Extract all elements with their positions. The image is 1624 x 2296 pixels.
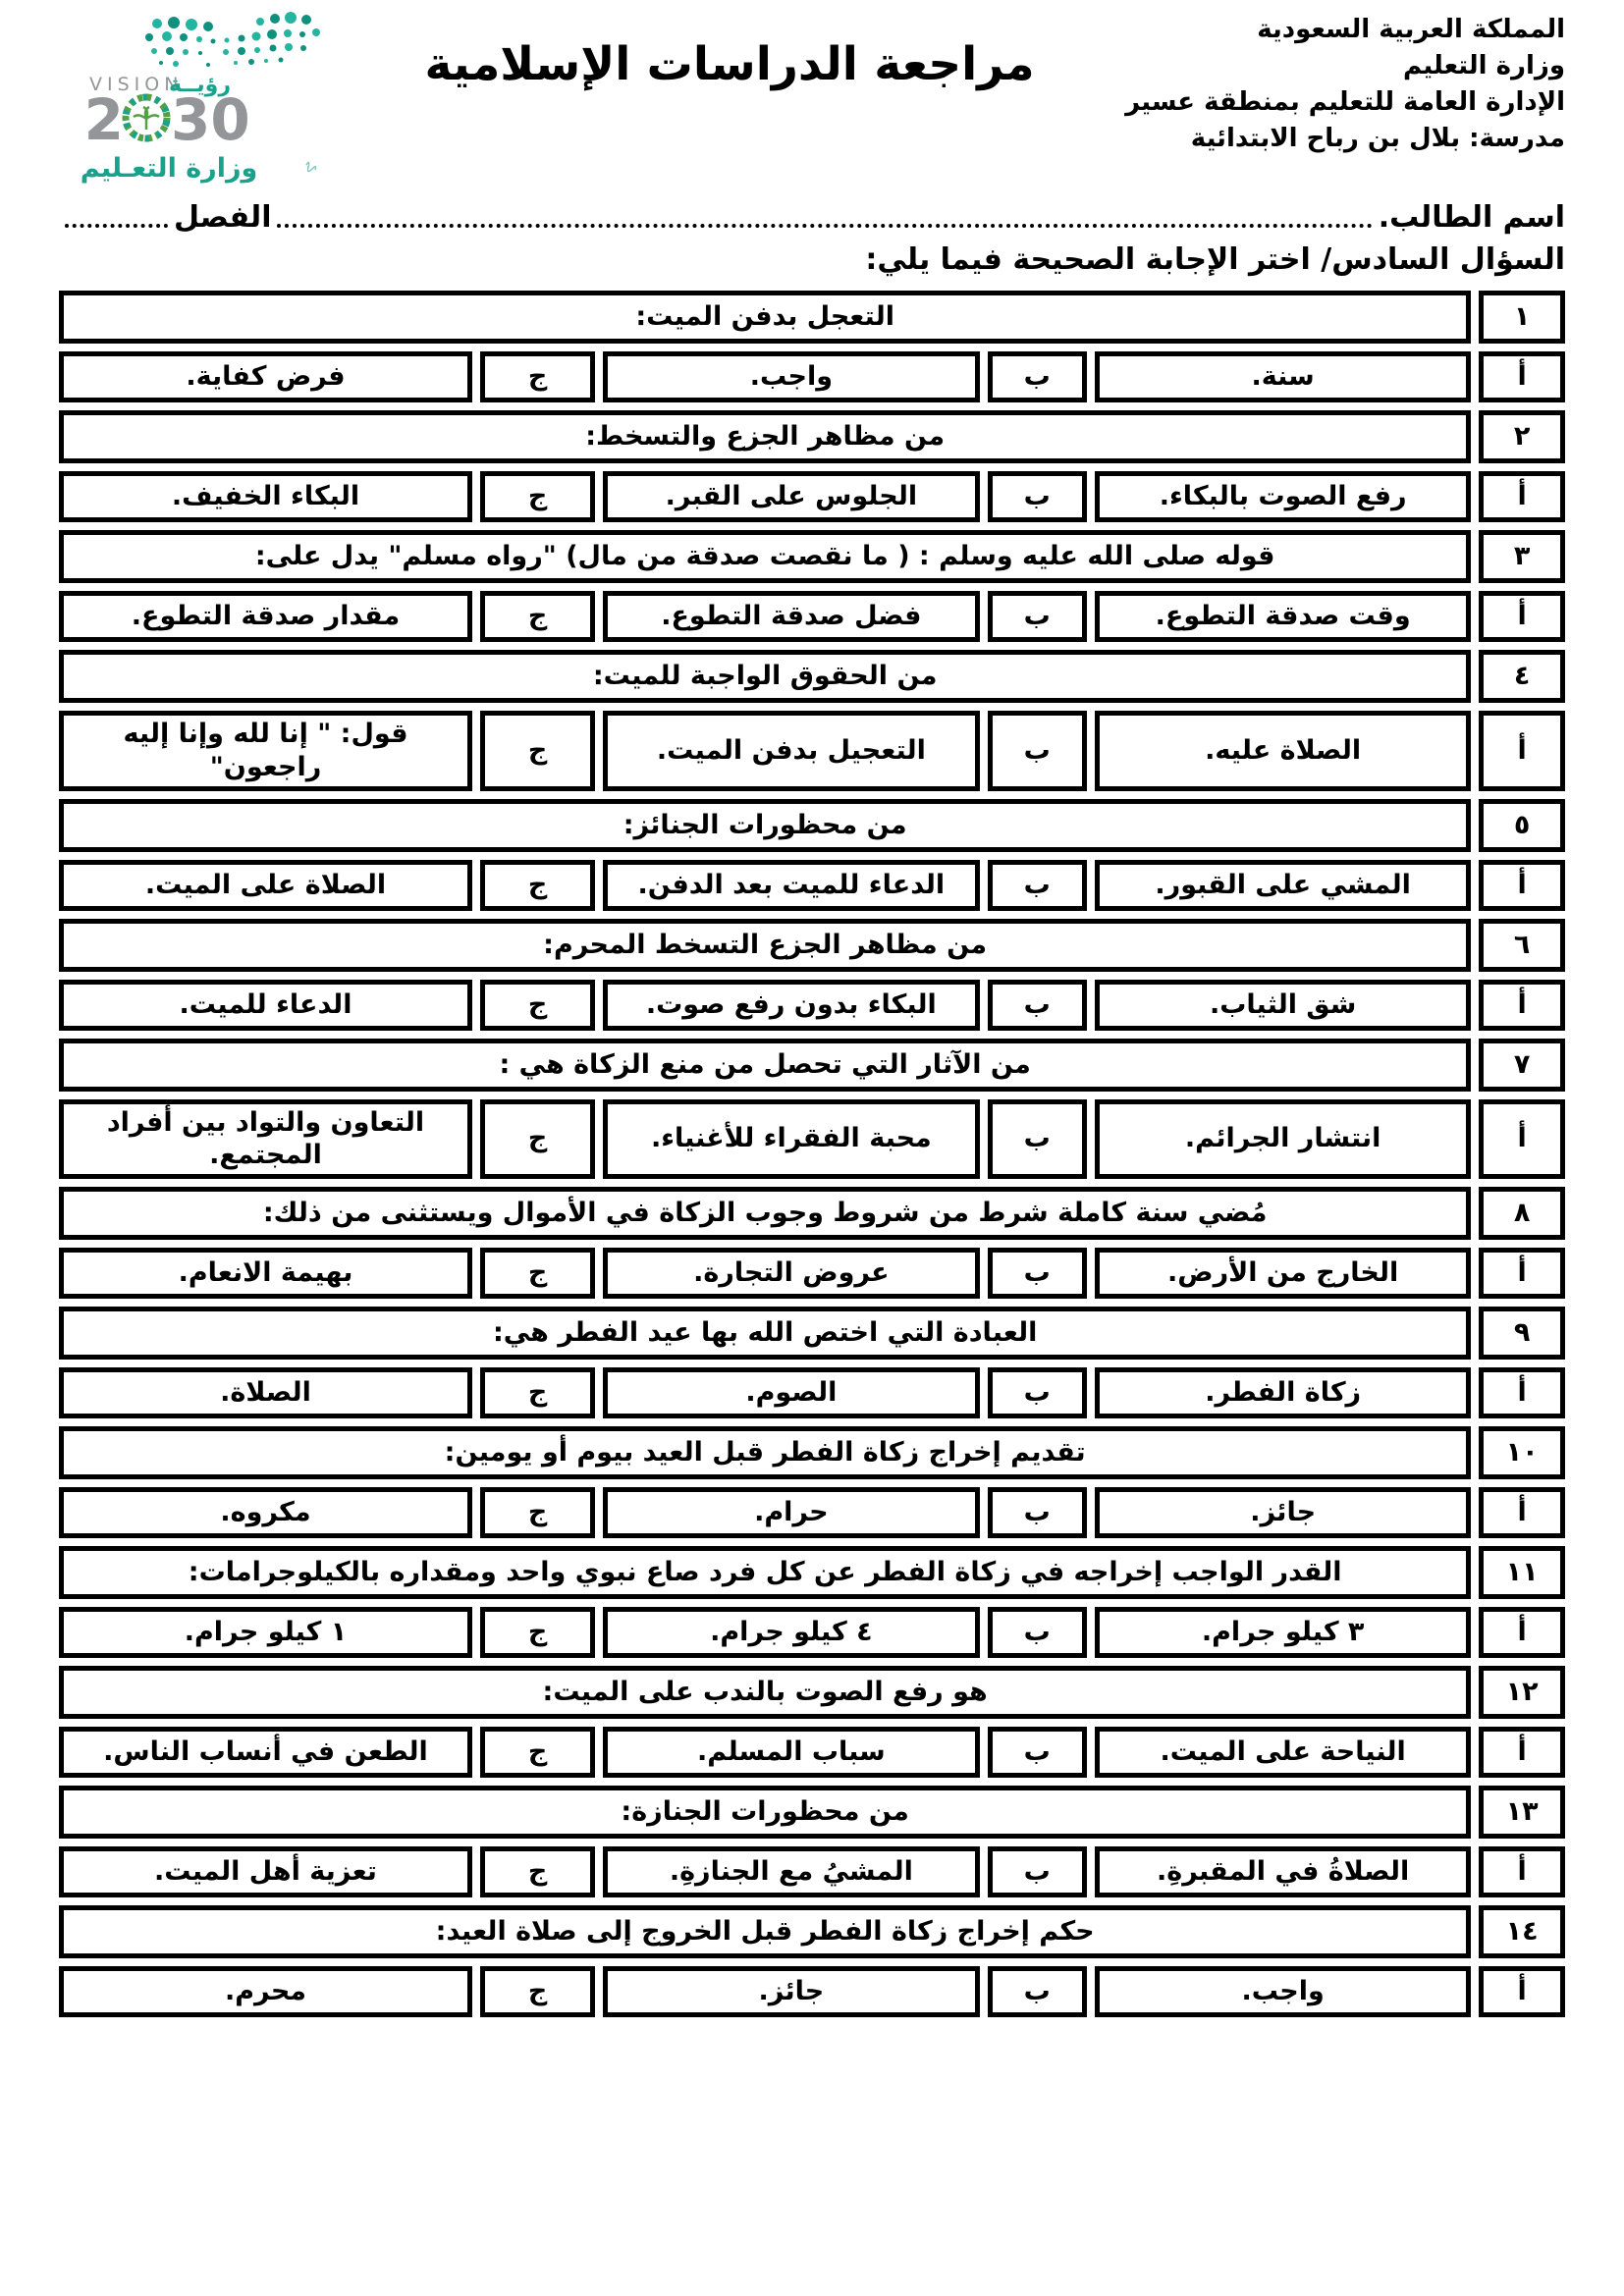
- option-letter-b: ب: [988, 1487, 1087, 1538]
- option-letter-a: أ: [1479, 1099, 1565, 1180]
- logo-year-left-digit: 2: [84, 86, 124, 153]
- option-letter-c: ج: [480, 1099, 595, 1180]
- option-c-text: التعاون والتواد بين أفراد المجتمع.: [59, 1099, 472, 1180]
- option-c-text: البكاء الخفيف.: [59, 471, 472, 522]
- question-text: من محظورات الجنازة:: [59, 1786, 1471, 1839]
- question-number: ٤: [1479, 650, 1565, 703]
- question-text: من مظاهر الجزع التسخط المحرم:: [59, 919, 1471, 972]
- question-number: ٣: [1479, 530, 1565, 583]
- class-field: [65, 222, 168, 228]
- option-letter-c: ج: [480, 1727, 595, 1778]
- question-text: تقديم إخراج زكاة الفطر قبل العيد بيوم أو…: [59, 1426, 1471, 1479]
- option-letter-a: أ: [1479, 980, 1565, 1031]
- question-text: من مظاهر الجزع والتسخط:: [59, 410, 1471, 463]
- option-letter-c: ج: [480, 860, 595, 911]
- option-letter-b: ب: [988, 1727, 1087, 1778]
- option-letter-b: ب: [988, 1367, 1087, 1418]
- option-letter-a: أ: [1479, 1487, 1565, 1538]
- option-c-text: قول: " إنا لله وإنا إليه راجعون": [59, 711, 472, 791]
- option-letter-b: ب: [988, 351, 1087, 402]
- question-text: حكم إخراج زكاة الفطر قبل الخروج إلى صلاة…: [59, 1905, 1471, 1958]
- question-text: القدر الواجب إخراجه في زكاة الفطر عن كل …: [59, 1546, 1471, 1599]
- question-text: من محظورات الجنائز:: [59, 799, 1471, 852]
- option-c-text: تعزية أهل الميت.: [59, 1846, 472, 1897]
- option-c-text: محرم.: [59, 1966, 472, 2017]
- questions-table-wrap: ١ التعجل بدفن الميت: أ سنة. ب واجب. ج فر…: [51, 283, 1573, 2025]
- org-line-ministry: وزارة التعليم: [1125, 48, 1565, 84]
- option-letter-c: ج: [480, 591, 595, 642]
- answer-row-6: أ شق الثياب. ب البكاء بدون رفع صوت. ج ال…: [59, 980, 1565, 1031]
- palm-tree-icon: [134, 107, 159, 130]
- question-row-2: ٢ من مظاهر الجزع والتسخط:: [59, 410, 1565, 463]
- option-letter-c: ج: [480, 351, 595, 402]
- option-b-text: جائز.: [603, 1966, 979, 2017]
- org-line-school: مدرسة: بلال بن رباح الابتدائية: [1125, 121, 1565, 157]
- option-b-text: فضل صدقة التطوع.: [603, 591, 979, 642]
- student-name-label: اسم الطالب.: [1379, 200, 1565, 235]
- logo-ornament-zero: [122, 93, 171, 142]
- student-info-line: اسم الطالب. الفصل: [59, 200, 1565, 235]
- question-number: ١: [1479, 291, 1565, 344]
- option-b-text: واجب.: [603, 351, 979, 402]
- option-c-text: بهيمة الانعام.: [59, 1248, 472, 1299]
- option-b-text: ٤ كيلو جرام.: [603, 1607, 979, 1658]
- option-letter-b: ب: [988, 980, 1087, 1031]
- option-letter-a: أ: [1479, 591, 1565, 642]
- answer-row-7: أ انتشار الجرائم. ب محبة الفقراء للأغنيا…: [59, 1099, 1565, 1180]
- option-a-text: الخارج من الأرض.: [1095, 1248, 1471, 1299]
- question-text: من الآثار التي تحصل من منع الزكاة هي :: [59, 1039, 1471, 1092]
- option-a-text: سنة.: [1095, 351, 1471, 402]
- option-c-text: الطعن في أنساب الناس.: [59, 1727, 472, 1778]
- answer-row-8: أ الخارج من الأرض. ب عروض التجارة. ج بهي…: [59, 1248, 1565, 1299]
- answer-row-9: أ زكاة الفطر. ب الصوم. ج الصلاة.: [59, 1367, 1565, 1418]
- option-letter-c: ج: [480, 1248, 595, 1299]
- option-letter-b: ب: [988, 1966, 1087, 2017]
- questions-table: ١ التعجل بدفن الميت: أ سنة. ب واجب. ج فر…: [51, 283, 1573, 2025]
- option-letter-b: ب: [988, 471, 1087, 522]
- option-letter-b: ب: [988, 1248, 1087, 1299]
- option-a-text: ٣ كيلو جرام.: [1095, 1607, 1471, 1658]
- option-letter-b: ب: [988, 591, 1087, 642]
- question-row-4: ٤ من الحقوق الواجبة للميت:: [59, 650, 1565, 703]
- option-b-text: محبة الفقراء للأغنياء.: [603, 1099, 979, 1180]
- option-letter-c: ج: [480, 711, 595, 791]
- question-row-6: ٦ من مظاهر الجزع التسخط المحرم:: [59, 919, 1565, 972]
- option-letter-a: أ: [1479, 1248, 1565, 1299]
- option-letter-a: أ: [1479, 1367, 1565, 1418]
- option-letter-a: أ: [1479, 1607, 1565, 1658]
- option-letter-c: ج: [480, 1846, 595, 1897]
- question-six-instruction: السؤال السادس/ اختر الإجابة الصحيحة فيما…: [59, 242, 1565, 277]
- question-row-13: ١٣ من محظورات الجنازة:: [59, 1786, 1565, 1839]
- option-letter-b: ب: [988, 711, 1087, 791]
- question-number: ١٠: [1479, 1426, 1565, 1479]
- question-number: ١٤: [1479, 1905, 1565, 1958]
- logo-dots-pattern: [145, 12, 320, 67]
- answer-row-14: أ واجب. ب جائز. ج محرم.: [59, 1966, 1565, 2017]
- option-a-text: زكاة الفطر.: [1095, 1367, 1471, 1418]
- question-text: مُضي سنة كاملة شرط من شروط وجوب الزكاة ف…: [59, 1187, 1471, 1240]
- answer-row-10: أ جائز. ب حرام. ج مكروه.: [59, 1487, 1565, 1538]
- option-b-text: الدعاء للميت بعد الدفن.: [603, 860, 979, 911]
- answer-row-13: أ الصلاةُ في المقبرةِ. ب المشيُ مع الجنا…: [59, 1846, 1565, 1897]
- option-c-text: الدعاء للميت.: [59, 980, 472, 1031]
- option-letter-b: ب: [988, 1099, 1087, 1180]
- class-label: الفصل: [174, 200, 271, 235]
- logo-year-right-digits: 30: [171, 86, 250, 153]
- question-row-3: ٣ قوله صلى الله عليه وسلم : ( ما نقصت صد…: [59, 530, 1565, 583]
- option-letter-b: ب: [988, 860, 1087, 911]
- org-block: المملكة العربية السعودية وزارة التعليم ا…: [1125, 8, 1565, 157]
- option-b-text: التعجيل بدفن الميت.: [603, 711, 979, 791]
- option-a-text: شق الثياب.: [1095, 980, 1471, 1031]
- option-letter-a: أ: [1479, 1846, 1565, 1897]
- question-row-5: ٥ من محظورات الجنائز:: [59, 799, 1565, 852]
- option-b-text: عروض التجارة.: [603, 1248, 979, 1299]
- option-letter-c: ج: [480, 1487, 595, 1538]
- option-a-text: الصلاةُ في المقبرةِ.: [1095, 1846, 1471, 1897]
- option-letter-a: أ: [1479, 471, 1565, 522]
- option-letter-c: ج: [480, 1607, 595, 1658]
- question-row-10: ١٠ تقديم إخراج زكاة الفطر قبل العيد بيوم…: [59, 1426, 1565, 1479]
- worksheet-page: المملكة العربية السعودية وزارة التعليم ا…: [0, 0, 1624, 2025]
- option-a-text: جائز.: [1095, 1487, 1471, 1538]
- question-text: العبادة التي اختص الله بها عيد الفطر هي:: [59, 1307, 1471, 1360]
- option-letter-a: أ: [1479, 1966, 1565, 2017]
- answer-row-1: أ سنة. ب واجب. ج فرض كفاية.: [59, 351, 1565, 402]
- question-number: ٩: [1479, 1307, 1565, 1360]
- option-letter-a: أ: [1479, 1727, 1565, 1778]
- option-c-text: مكروه.: [59, 1487, 472, 1538]
- option-letter-b: ب: [988, 1846, 1087, 1897]
- page-title: مراجعة الدراسات الإسلامية: [425, 37, 1035, 91]
- option-letter-a: أ: [1479, 351, 1565, 402]
- option-letter-b: ب: [988, 1607, 1087, 1658]
- title-area: مراجعة الدراسات الإسلامية: [334, 8, 1125, 91]
- page-header: المملكة العربية السعودية وزارة التعليم ا…: [59, 8, 1565, 198]
- option-a-text: رفع الصوت بالبكاء.: [1095, 471, 1471, 522]
- answer-row-3: أ وقت صدقة التطوع. ب فضل صدقة التطوع. ج …: [59, 591, 1565, 642]
- answer-row-5: أ المشي على القبور. ب الدعاء للميت بعد ا…: [59, 860, 1565, 911]
- option-letter-c: ج: [480, 471, 595, 522]
- option-a-text: واجب.: [1095, 1966, 1471, 2017]
- question-row-12: ١٢ هو رفع الصوت بالندب على الميت:: [59, 1666, 1565, 1719]
- option-b-text: المشيُ مع الجنازةِ.: [603, 1846, 979, 1897]
- question-text: قوله صلى الله عليه وسلم : ( ما نقصت صدقة…: [59, 530, 1471, 583]
- answer-row-4: أ الصلاة عليه. ب التعجيل بدفن الميت. ج ق…: [59, 711, 1565, 791]
- option-b-text: سباب المسلم.: [603, 1727, 979, 1778]
- logo-ministry-wordmark: وزارة التعـليم: [81, 153, 258, 184]
- option-letter-a: أ: [1479, 711, 1565, 791]
- question-number: ١٣: [1479, 1786, 1565, 1839]
- org-line-country: المملكة العربية السعودية: [1125, 12, 1565, 48]
- question-number: ٧: [1479, 1039, 1565, 1092]
- option-c-text: مقدار صدقة التطوع.: [59, 591, 472, 642]
- question-row-14: ١٤ حكم إخراج زكاة الفطر قبل الخروج إلى ص…: [59, 1905, 1565, 1958]
- question-text: التعجل بدفن الميت:: [59, 291, 1471, 344]
- answer-row-11: أ ٣ كيلو جرام. ب ٤ كيلو جرام. ج ١ كيلو ج…: [59, 1607, 1565, 1658]
- question-number: ٨: [1479, 1187, 1565, 1240]
- question-text: من الحقوق الواجبة للميت:: [59, 650, 1471, 703]
- question-number: ٢: [1479, 410, 1565, 463]
- option-a-text: وقت صدقة التطوع.: [1095, 591, 1471, 642]
- option-letter-c: ج: [480, 1966, 595, 2017]
- option-a-text: المشي على القبور.: [1095, 860, 1471, 911]
- org-line-directorate: الإدارة العامة للتعليم بمنطقة عسير: [1125, 84, 1565, 121]
- option-c-text: فرض كفاية.: [59, 351, 472, 402]
- option-letter-c: ج: [480, 980, 595, 1031]
- question-row-9: ٩ العبادة التي اختص الله بها عيد الفطر ه…: [59, 1307, 1565, 1360]
- question-number: ١١: [1479, 1546, 1565, 1599]
- option-b-text: حرام.: [603, 1487, 979, 1538]
- question-text: هو رفع الصوت بالندب على الميت:: [59, 1666, 1471, 1719]
- answer-row-2: أ رفع الصوت بالبكاء. ب الجلوس على القبر.…: [59, 471, 1565, 522]
- question-row-8: ٨ مُضي سنة كاملة شرط من شروط وجوب الزكاة…: [59, 1187, 1565, 1240]
- option-a-text: انتشار الجرائم.: [1095, 1099, 1471, 1180]
- option-c-text: ١ كيلو جرام.: [59, 1607, 472, 1658]
- question-number: ٥: [1479, 799, 1565, 852]
- vision-2030-logo-graphic: VISION رؤيــة 2 30 وزارة التعـليم: [59, 8, 334, 194]
- option-a-text: الصلاة عليه.: [1095, 711, 1471, 791]
- question-number: ٦: [1479, 919, 1565, 972]
- vision-2030-logo: VISION رؤيــة 2 30 وزارة التعـليم: [59, 8, 334, 198]
- question-row-1: ١ التعجل بدفن الميت:: [59, 291, 1565, 344]
- question-number: ١٢: [1479, 1666, 1565, 1719]
- option-c-text: الصلاة.: [59, 1367, 472, 1418]
- option-b-text: البكاء بدون رفع صوت.: [603, 980, 979, 1031]
- question-row-11: ١١ القدر الواجب إخراجه في زكاة الفطر عن …: [59, 1546, 1565, 1599]
- option-b-text: الصوم.: [603, 1367, 979, 1418]
- option-letter-c: ج: [480, 1367, 595, 1418]
- option-b-text: الجلوس على القبر.: [603, 471, 979, 522]
- signature-scribble: [306, 162, 316, 171]
- option-letter-a: أ: [1479, 860, 1565, 911]
- option-c-text: الصلاة على الميت.: [59, 860, 472, 911]
- answer-row-12: أ النياحة على الميت. ب سباب المسلم. ج ال…: [59, 1727, 1565, 1778]
- option-a-text: النياحة على الميت.: [1095, 1727, 1471, 1778]
- question-row-7: ٧ من الآثار التي تحصل من منع الزكاة هي :: [59, 1039, 1565, 1092]
- student-name-field: [277, 222, 1372, 228]
